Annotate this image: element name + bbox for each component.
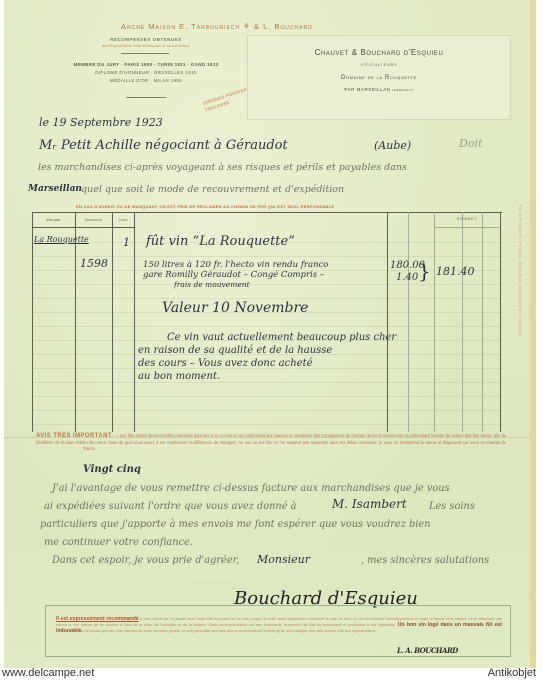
col-header-colis: Colis: [112, 218, 134, 222]
header-underline: [32, 227, 134, 228]
avis-important: AVIS TRÈS IMPORTANT. — Les fûts prêtés d…: [36, 433, 506, 453]
col-header-numeros: Numéros: [75, 218, 112, 222]
ornament-divider: [126, 97, 166, 98]
ornament-divider: [121, 53, 169, 54]
salutation-name: Monsieur: [257, 553, 310, 566]
footer-notice: Il est expressément recommandé à mes cli…: [45, 605, 511, 657]
address-town: PAR MARSEILLAN: [344, 87, 390, 92]
image-frame: Ancne Maison E. Tarbouriech ⚘ & L. Bouch…: [0, 0, 543, 680]
jury-text: MEMBRE DU JURY · PARIS 1900 · TURIN 1911…: [26, 62, 266, 67]
table-top-border: [32, 212, 502, 213]
terms-line-1: les marchandises ci-après voyageant à se…: [38, 162, 407, 173]
letter-line: ai expédiées suivant l'ordre que vous av…: [44, 501, 296, 512]
col-divider: [408, 212, 409, 432]
col-divider: [482, 212, 483, 432]
watermark-site: www.delcampe.net: [2, 667, 94, 679]
footer-recommande: Il est expressément recommandé: [56, 616, 139, 622]
avis-francs: francs.: [83, 446, 95, 451]
item-line: frais de mouvement: [174, 280, 250, 289]
amount-fees: 1.40: [396, 272, 418, 283]
item-line: 150 litres à 120 fr. l'hecto vin rendu f…: [143, 260, 328, 270]
letter-line: particuliers que j'apporte à mes envois …: [40, 519, 431, 530]
brace: }: [418, 260, 431, 282]
letter-line: me continuer votre confiance.: [44, 537, 193, 548]
cheques-stamp: CHÈQUES POSTAUX TOULOUSE: [202, 86, 250, 114]
colis-value: 1: [123, 236, 130, 249]
avaris-notice: EN CAS D'AVARIS OU DE MANQUANT ON EST PR…: [76, 204, 334, 209]
letter-line: , mes sincères salutations: [361, 555, 489, 566]
item-line: Valeur 10 Novembre: [162, 300, 308, 316]
col-header-marque: Marque: [32, 218, 75, 222]
col-divider: [462, 212, 463, 432]
letter-line: J'ai l'avantage de vous remettre ci-dess…: [52, 483, 450, 494]
amount-total: 181.40: [436, 265, 475, 278]
company-label: Chauvet & Bouchard d'Esquieu VITICULTEUR…: [248, 36, 510, 119]
col-divider: [434, 212, 435, 432]
col-divider: [75, 212, 76, 432]
invoice-paper: Ancne Maison E. Tarbouriech ⚘ & L. Bouch…: [4, 0, 536, 668]
numero-value: 1598: [80, 257, 108, 270]
col-header-sommes: SOMMES: [434, 217, 500, 221]
recipient-department: (Aube): [374, 139, 411, 152]
profession: VITICULTEURS: [248, 63, 510, 67]
recompenses-heading: RÉCOMPENSES OBTENUES: [26, 37, 266, 42]
note-line: Ce vin vaut actuellement beaucoup plus c…: [167, 332, 396, 343]
agent-name: M. Isambert: [332, 497, 407, 511]
recipient: Mᵣ Petit Achille négociant à Géraudot: [39, 138, 288, 153]
footer-text: Il est expressément recommandé à mes cli…: [56, 616, 502, 635]
note-line: des cours – Vous avez donc acheté: [138, 358, 313, 369]
item-line: gare Romilly Géraudot – Congé Compris –: [143, 270, 324, 280]
note-line: en raison de sa qualité et de la hausse: [138, 345, 332, 356]
avis-title: AVIS TRÈS IMPORTANT.: [36, 433, 113, 439]
expositions-text: aux Expositions Internationales & Univer…: [26, 44, 266, 48]
domaine-name: Domaine de la Rouquette: [248, 75, 510, 81]
note-line: au bon moment.: [138, 371, 220, 382]
doit-label: Doit: [459, 137, 482, 150]
marque-value: La Rouquette: [34, 235, 89, 244]
invoice-date: le 19 Septembre 1923: [39, 116, 163, 129]
col-divider: [32, 212, 33, 432]
col-divider: [134, 212, 135, 432]
address-dept: (HÉRAULT): [392, 88, 413, 92]
letter-line: Dans cet espoir, je vous prie d'agréer,: [52, 555, 239, 566]
footer-signature: L. A. BOUCHARD: [397, 646, 458, 655]
col-divider: [387, 212, 388, 432]
sommes-underline: [434, 227, 500, 228]
col-divider: [500, 212, 501, 432]
terms-line-2: quel que soit le mode de recouvrement et…: [81, 184, 344, 195]
company-name: Chauvet & Bouchard d'Esquieu: [248, 48, 510, 57]
footer-body-2: Ne livrant que des vins garantis de tout…: [84, 629, 376, 633]
payment-place: Marseillan: [28, 184, 82, 194]
diplome-text: DIPLOME D'HONNEUR · BRUXELLES 1910: [26, 70, 266, 75]
col-divider: [112, 212, 113, 432]
side-note: Par le Rouquette. Vins fins. Gros. Demi-…: [518, 205, 522, 435]
item-line: fût vin “La Rouquette”: [146, 234, 295, 249]
mandat-amount: Vingt cinq: [83, 464, 141, 475]
watermark-seller: Antikobjet: [488, 667, 536, 679]
medaille-text: MÉDAILLE D'OR · MILAN 1906: [26, 78, 266, 83]
letter-line: Les soins: [429, 501, 475, 512]
address: PAR MARSEILLAN (HÉRAULT): [248, 87, 510, 92]
invoice-table: Marque Numéros Colis SOMMES La Rouquette…: [32, 212, 502, 432]
maison-title: Ancne Maison E. Tarbouriech ⚘ & L. Bouch…: [121, 22, 451, 31]
